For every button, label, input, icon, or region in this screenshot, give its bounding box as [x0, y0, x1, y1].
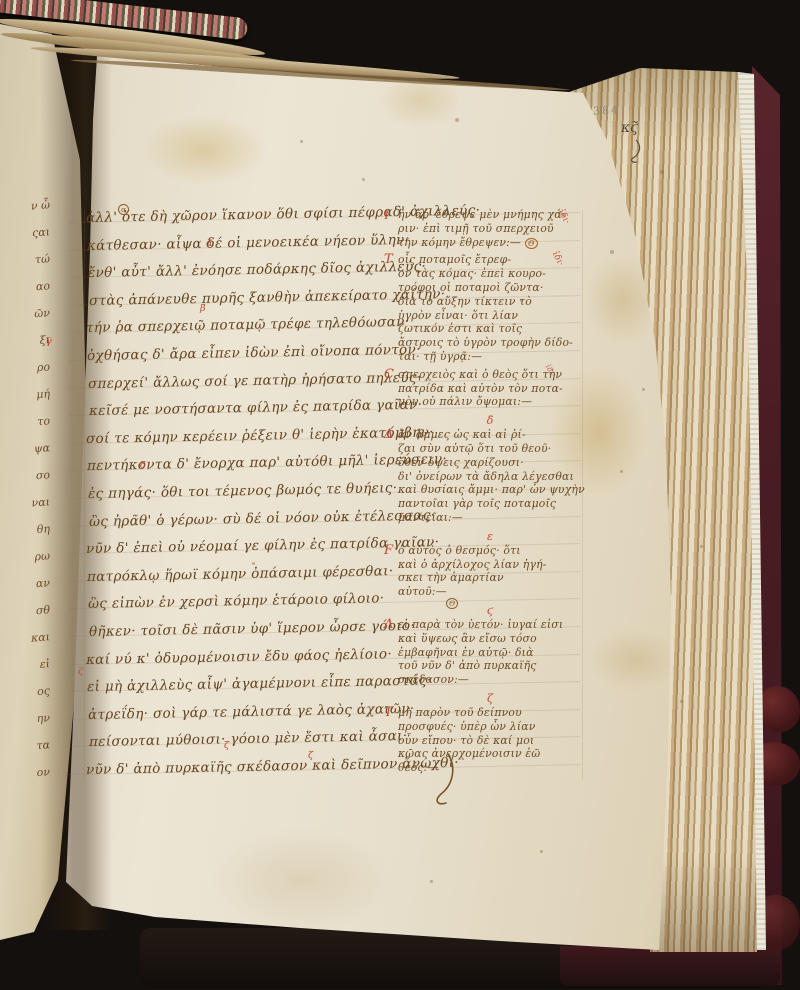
- scholion-line: ζαι σὺν αὐτῷ ὅτι τοῦ θεοῦ·: [398, 442, 582, 456]
- interlinear-mark: α̅: [206, 238, 212, 249]
- scholion-line: πατρίδα καὶ αὐτὸν τὸν ποτα-: [398, 382, 582, 396]
- scholion-initial: Ϯ: [384, 207, 389, 223]
- scholion-block: Ϯἣν ἄρ' ἔθρεψε μὲν μνήμης χά-ριν· ἐπὶ τι…: [398, 208, 582, 249]
- scholion-line: διὰ τὸ αὔξην τίκτειν τὸ: [398, 295, 582, 309]
- scholion-line: τὴν κόμην ἔθρεψεν:—Θ: [398, 236, 582, 250]
- scholion-line: σκει τὴν ἁμαρτίαν: [398, 571, 582, 585]
- scholion-block: Δἂν ἄμμες ὡς καὶ αἱ ῥί-ζαι σὺν αὐτῷ ὅτι …: [398, 428, 582, 525]
- scholion-line: ὑγρὸν εἶναι· ὅτι λίαν: [398, 309, 582, 323]
- scholion-line: ἄστροις τὸ ὑγρὸν τροφὴν δίδο-: [398, 336, 582, 350]
- foxing-spot: [610, 250, 614, 254]
- scholion-line: οὖν εἴπου· τὸ δὲ καί μοι: [398, 734, 582, 748]
- scholion-line: σκέδασον:—: [398, 673, 582, 687]
- scholion-initial: Ϝ: [384, 543, 393, 558]
- scholion-block: Τμὴ παρὸν τοῦ δείπνουπροσφυές· ὑπὲρ ὧν λ…: [398, 706, 582, 775]
- scholion-initial: Δ: [384, 427, 393, 442]
- scholion-initial: C: [384, 367, 394, 382]
- scholion-initial: Τ: [384, 252, 393, 267]
- scholion-line: τρόφοι οἱ ποταμοὶ ζῶντα·: [398, 281, 582, 295]
- scholion-initial: Τ: [384, 705, 393, 720]
- scholion-line: τοῦ νῦν δ' ἀπὸ πυρκαϊῆς: [398, 659, 582, 673]
- scholion-numeral: ϛ: [398, 603, 582, 618]
- scholion-line: μαντεῖαι:—: [398, 511, 582, 525]
- scholion-numeral: δ̄: [398, 413, 582, 428]
- foxing-spot: [620, 470, 623, 473]
- scholion-line: προσφυές· ὑπὲρ ὧν λίαν: [398, 720, 582, 734]
- foxing-spot: [362, 178, 365, 181]
- scholion-line: καὶ ὁ ἀρχίλοχος λίαν ἡγή-: [398, 558, 582, 572]
- foxing-spot: [680, 700, 683, 703]
- scholion-line: καὶ θυσίαις ἄμμι· παρ' ὧν ψυχὴν: [398, 483, 582, 497]
- scholion-block: Λεἰ παρὰ τὸν ὑετόν· ἰυγαί εἰσικαὶ ὕψεως …: [398, 618, 582, 687]
- scholion-line: αὐτοῦ:—: [398, 585, 582, 599]
- scholion-line: εἰ παρὰ τὸν ὑετόν· ἰυγαί εἰσι: [398, 618, 582, 632]
- circled-theta-mark: Θ: [525, 238, 538, 249]
- scholion-line: θεός:—: [398, 761, 582, 775]
- foxing-spot: [430, 880, 433, 883]
- leather-cover-bottom-edge: [560, 946, 780, 986]
- foxing-spot: [660, 170, 664, 174]
- scholion-line: ἂν ἄμμες ὡς καὶ αἱ ῥί-: [398, 428, 582, 442]
- scholion-line: ζωτικόν ἐστι καὶ τοῖς: [398, 322, 582, 336]
- interlinear-mark: β̅: [200, 303, 206, 314]
- foxing-spot: [642, 388, 645, 391]
- scholion-line: ἐμβαφῆναι ἐν αὐτῷ· διὰ: [398, 646, 582, 660]
- scholion-line: κῶας ἀνερχομένοισιν ἐῶ: [398, 747, 582, 761]
- manuscript-photo: ν ὦςαιτώαοῶνξιρομήτοψασοναιθηρωανσθκαιεἰ…: [0, 0, 800, 990]
- foxing-spot: [540, 850, 543, 853]
- scholion-numeral: ε: [398, 529, 582, 544]
- foxing-spot: [455, 118, 459, 122]
- scholion-line: καὶ ὕψεως ἂν εἴσω τόσο: [398, 632, 582, 646]
- scholion-line: παντοῖαι γὰρ τοῖς ποταμοῖς: [398, 497, 582, 511]
- quire-mark-flourish: [628, 138, 648, 164]
- scholion-line: ον τὰς κόμας· ἐπεὶ κουρο-: [398, 267, 582, 281]
- foxing-spot: [700, 545, 703, 548]
- interlinear-mark: γ̅: [46, 336, 52, 347]
- scholion-block: Ϝὁ αὐτὸς ὁ θεσμός· ὅτικαὶ ὁ ἀρχίλοχος λί…: [398, 544, 582, 599]
- scholion-line: δι' ὀνείρων τὰ ἄδηλα λέγεσθαι: [398, 470, 582, 484]
- scholion-initial: Λ: [384, 617, 393, 632]
- scholion-line: ται· τῇ ὑγρᾷ:—: [398, 350, 582, 364]
- scholion-block: Τοἷς ποταμοῖς ἔτρεφ-ον τὰς κόμας· ἐπεὶ κ…: [398, 253, 582, 363]
- scholion-line: ἣν ἄρ' ἔθρεψε μὲν μνήμης χά-: [398, 208, 582, 222]
- scholion-line: ὁ αὐτὸς ὁ θεσμός· ὅτι: [398, 544, 582, 558]
- scholion-line: μὸν οὐ πάλιν ὄψομαι:—: [398, 395, 582, 409]
- folio-number: 384: [593, 103, 621, 117]
- interlinear-mark: δ̅: [140, 460, 146, 471]
- ruling-line-vertical: [84, 210, 85, 780]
- foxing-spot: [252, 562, 255, 565]
- interlinear-mark: ϛ̅: [78, 666, 83, 677]
- scholion-line: ριν· ἐπὶ τιμῇ τοῦ σπερχειοῦ: [398, 222, 582, 236]
- scholion-line: ὅθεν ὄψεις χαρίζουσι·: [398, 456, 582, 470]
- interlinear-mark: ζ̅: [224, 740, 229, 751]
- scholion-line: μὴ παρὸν τοῦ δείπνου: [398, 706, 582, 720]
- end-flourish: [432, 752, 466, 808]
- interlinear-mark: ζ: [308, 750, 313, 761]
- foxing-spot: [160, 520, 162, 522]
- scholion-numeral: ζ: [398, 691, 582, 706]
- foxing-spot: [520, 300, 522, 302]
- quire-mark: κϛ̃: [621, 120, 638, 136]
- scholia-column: Ϯἣν ἄρ' ἔθρεψε μὲν μνήμης χά-ριν· ἐπὶ τι…: [398, 208, 582, 779]
- foxing-spot: [300, 140, 303, 143]
- interlinear-mark: α: [118, 204, 129, 215]
